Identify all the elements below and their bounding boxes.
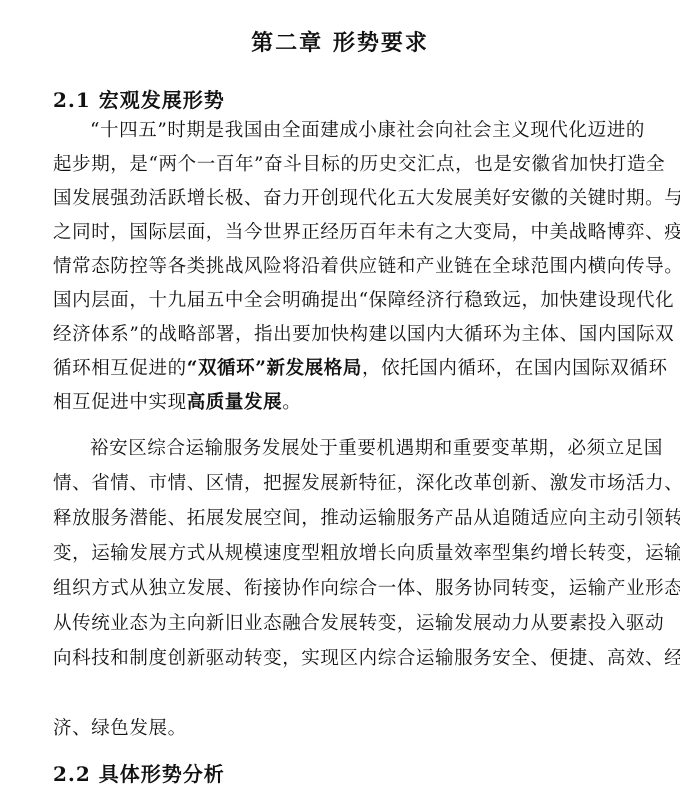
text-run: 循环相互促进的 bbox=[53, 358, 187, 379]
text-run: ，依托国内循环，在国内国际双循环 bbox=[362, 358, 668, 379]
emphasis-dual-circulation: “双循环”新发展格局 bbox=[187, 358, 362, 379]
paragraph-line: 从传统业态为主向新旧业态融合发展转变，运输发展动力从要素投入驱动 bbox=[53, 613, 603, 635]
paragraph-line: 情常态防控等各类挑战风险将沿着供应链和产业链在全球范围内横向传导。 bbox=[53, 256, 603, 278]
paragraph-line: 裕安区综合运输服务发展处于重要机遇期和重要变革期，必须立足国 bbox=[90, 438, 603, 460]
paragraph-line: 国发展强劲活跃增长极、奋力开创现代化五大发展美好安徽的关键时期。与 bbox=[53, 188, 603, 210]
paragraph-line: 之同时，国际层面，当今世界正经历百年未有之大变局，中美战略博弈、疫 bbox=[53, 222, 603, 244]
chapter-title: 第二章 形势要求 bbox=[0, 26, 680, 57]
paragraph-line: 相互促进中实现高质量发展。 bbox=[53, 392, 603, 414]
emphasis-high-quality-development: 高质量发展 bbox=[187, 392, 283, 413]
paragraph-line: 循环相互促进的“双循环”新发展格局，依托国内循环，在国内国际双循环 bbox=[53, 358, 603, 380]
text-run: 相互促进中实现 bbox=[53, 392, 187, 413]
paragraph-line: 释放服务潜能、拓展发展空间，推动运输服务产品从追随适应向主动引领转 bbox=[53, 508, 603, 530]
section-heading-2-2: 2.2 具体形势分析 bbox=[53, 758, 225, 787]
text-run: 。 bbox=[282, 392, 301, 413]
paragraph-line: 变，运输发展方式从规模速度型粗放增长向质量效率型集约增长转变，运输 bbox=[53, 543, 603, 565]
paragraph-line: 组织方式从独立发展、衔接协作向综合一体、服务协同转变，运输产业形态 bbox=[53, 578, 603, 600]
paragraph-line: 济、绿色发展。 bbox=[53, 718, 603, 740]
document-page: 第二章 形势要求 2.1 宏观发展形势 “十四五”时期是我国由全面建成小康社会向… bbox=[0, 0, 680, 807]
paragraph-line: 国内层面，十九届五中全会明确提出“保障经济行稳致远，加快建设现代化 bbox=[53, 290, 603, 312]
paragraph-line: 情、省情、市情、区情，把握发展新特征，深化改革创新、激发市场活力、 bbox=[53, 473, 603, 495]
paragraph-line: 经济体系”的战略部署，指出要加快构建以国内大循环为主体、国内国际双 bbox=[53, 324, 603, 346]
section-heading-2-1: 2.1 宏观发展形势 bbox=[53, 84, 225, 113]
paragraph-line: “十四五”时期是我国由全面建成小康社会向社会主义现代化迈进的 bbox=[90, 120, 603, 142]
paragraph-line: 向科技和制度创新驱动转变，实现区内综合运输服务安全、便捷、高效、经 bbox=[53, 648, 603, 670]
paragraph-line: 起步期，是“两个一百年”奋斗目标的历史交汇点，也是安徽省加快打造全 bbox=[53, 154, 603, 176]
